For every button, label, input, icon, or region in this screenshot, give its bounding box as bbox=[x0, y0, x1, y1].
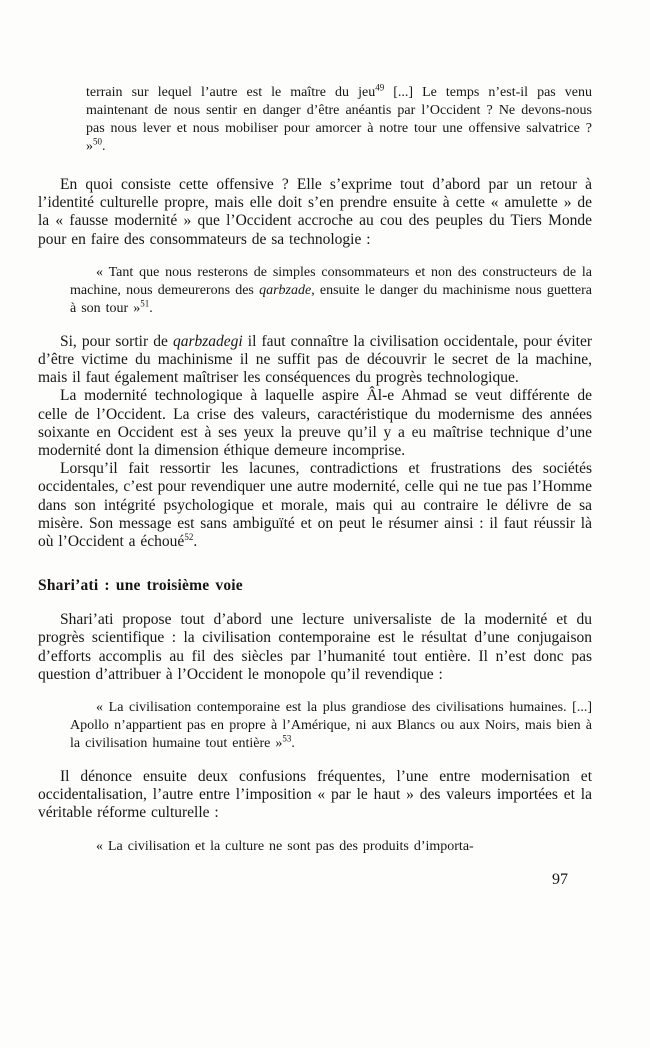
body-paragraph: Lorsqu’il fait ressortir les lacunes, co… bbox=[38, 460, 592, 551]
section-heading: Shari’ati : une troisième voie bbox=[38, 577, 592, 595]
block-quote: terrain sur lequel l’autre est le maître… bbox=[86, 84, 592, 156]
body-paragraph: Shari’ati propose tout d’abord une lectu… bbox=[38, 611, 592, 684]
body-paragraph: Il dénonce ensuite deux confusions fréqu… bbox=[38, 768, 592, 823]
body-paragraph: La modernité technologique à laquelle as… bbox=[38, 387, 592, 460]
body-paragraph: Si, pour sortir de qarbzadegi il faut co… bbox=[38, 333, 592, 388]
book-page: terrain sur lequel l’autre est le maître… bbox=[0, 0, 650, 1048]
footnote-ref: 51 bbox=[140, 298, 149, 308]
footnote-ref: 53 bbox=[282, 733, 291, 743]
footnote-ref: 50 bbox=[93, 136, 102, 146]
page-number: 97 bbox=[38, 871, 568, 889]
block-quote: « La civilisation et la culture ne sont … bbox=[70, 838, 592, 856]
italic-term: qarbzadegi bbox=[173, 333, 243, 350]
text-column: terrain sur lequel l’autre est le maître… bbox=[38, 84, 592, 856]
italic-term: qarbzade bbox=[259, 283, 311, 298]
footnote-ref: 49 bbox=[375, 82, 384, 92]
block-quote: « Tant que nous resterons de simples con… bbox=[70, 264, 592, 318]
block-quote: « La civilisation contemporaine est la p… bbox=[70, 699, 592, 753]
footnote-ref: 52 bbox=[184, 532, 193, 542]
body-paragraph: En quoi consiste cette offensive ? Elle … bbox=[38, 176, 592, 249]
